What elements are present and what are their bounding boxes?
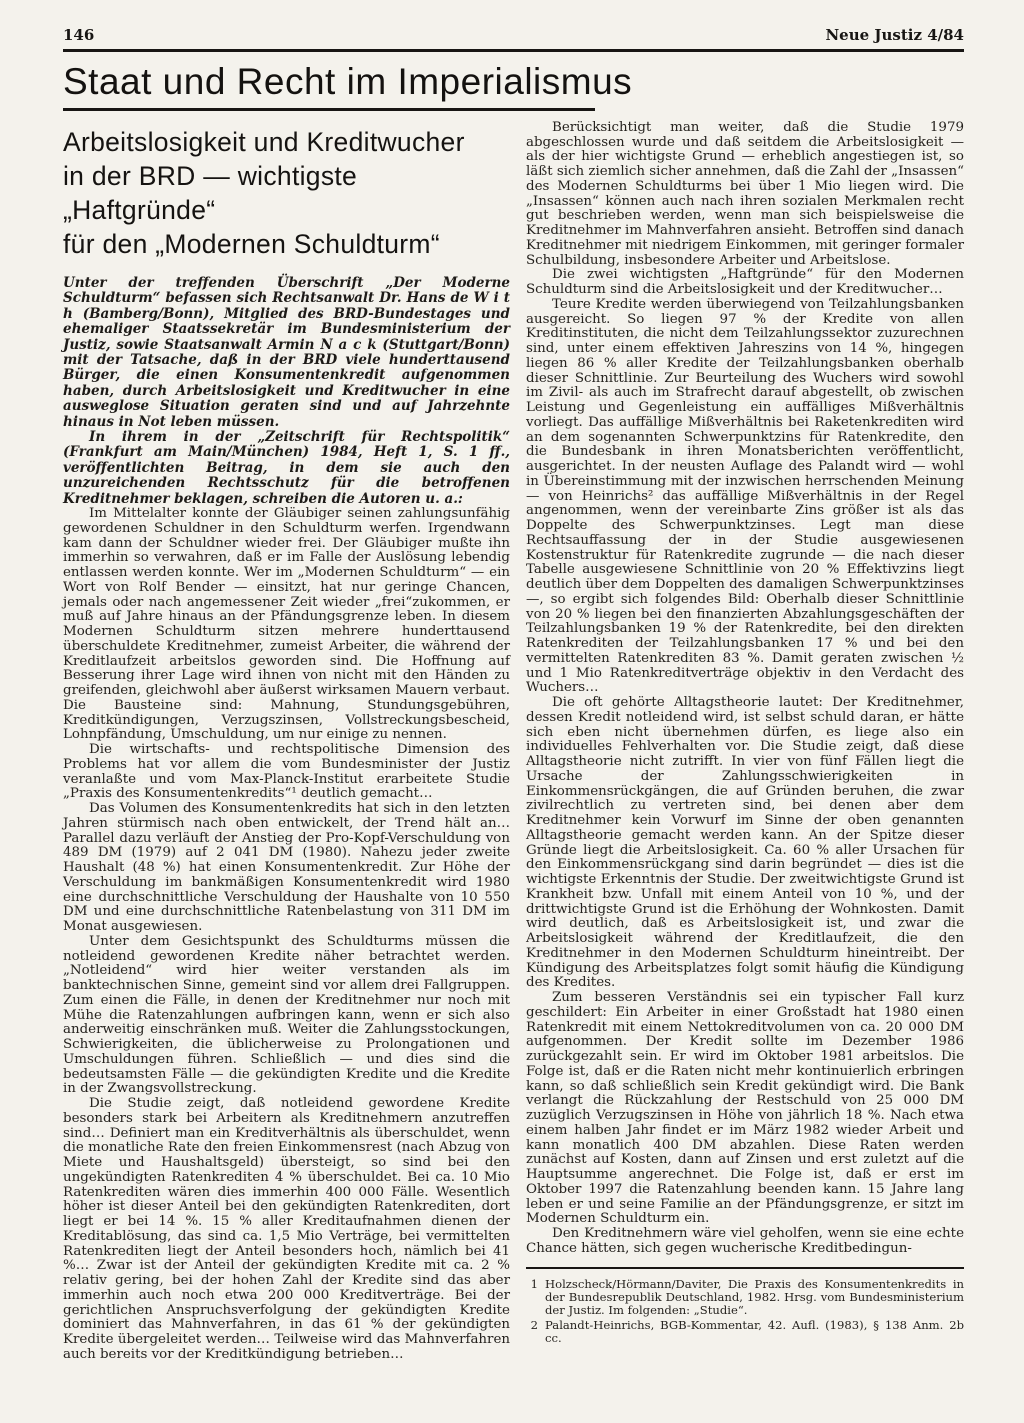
body-paragraph: Das Volumen des Konsumentenkredits hat s… (63, 802, 510, 935)
journal-title: Neue Justiz 4/84 (825, 26, 964, 44)
right-column-body: Berücksichtigt man weiter, daß die Studi… (526, 121, 964, 1257)
footnote-1: 1 Holzscheck/Hörmann/Daviter, Die Praxis… (526, 1278, 964, 1318)
footnote-rule (526, 1267, 964, 1269)
body-paragraph: Die zwei wichtigsten „Haftgründe“ für de… (526, 268, 964, 298)
article-title-line-1: Arbeitslosigkeit und Kreditwucher (63, 125, 510, 159)
footnote-text: Palandt-Heinrichs, BGB-Kommentar, 42. Au… (545, 1319, 964, 1346)
body-paragraph: Berücksichtigt man weiter, daß die Studi… (526, 121, 964, 269)
intro-paragraph: In ihrem in der „Zeitschrift für Rechtsp… (63, 430, 510, 507)
left-column: Arbeitslosigkeit und Kreditwucher in der… (63, 121, 510, 1363)
body-paragraph: Die wirtschafts- und rechtspolitische Di… (63, 743, 510, 802)
section-title: Staat und Recht im Imperialismus (63, 62, 964, 102)
right-column: Berücksichtigt man weiter, daß die Studi… (526, 121, 964, 1363)
body-paragraph: Teure Kredite werden überwiegend von Tei… (526, 298, 964, 696)
footnotes: 1 Holzscheck/Hörmann/Daviter, Die Praxis… (526, 1267, 964, 1345)
footnote-text: Holzscheck/Hörmann/Daviter, Die Praxis d… (545, 1278, 964, 1318)
body-paragraph: Unter dem Gesichtspunkt des Schuldturms … (63, 935, 510, 1097)
footnote-2: 2 Palandt-Heinrichs, BGB-Kommentar, 42. … (526, 1319, 964, 1346)
article-title: Arbeitslosigkeit und Kreditwucher in der… (63, 125, 510, 261)
footnote-number: 1 (526, 1278, 538, 1318)
page-header: 146 Neue Justiz 4/84 (63, 0, 964, 44)
article-intro: Unter der treffenden Überschrift „Der Mo… (63, 276, 510, 507)
intro-paragraph: Unter der treffenden Überschrift „Der Mo… (63, 276, 510, 430)
page-number: 146 (63, 26, 94, 44)
article-title-line-2: in der BRD — wichtigste „Haftgründe“ (63, 159, 510, 227)
section-title-rule (63, 108, 595, 111)
body-paragraph: Im Mittelalter konnte der Gläubiger sein… (63, 507, 510, 743)
body-paragraph: Zum besseren Verständnis sei ein typisch… (526, 991, 964, 1227)
journal-page: 146 Neue Justiz 4/84 Staat und Recht im … (0, 0, 1024, 1423)
article-title-line-3: für den „Modernen Schuldturm“ (63, 227, 510, 261)
body-paragraph: Den Kreditnehmern wäre viel geholfen, we… (526, 1227, 964, 1257)
body-paragraph: Die Studie zeigt, daß notleidend geworde… (63, 1097, 510, 1363)
body-paragraph: Die oft gehörte Alltagstheorie lautet: D… (526, 696, 964, 991)
header-rule (63, 49, 964, 52)
two-column-layout: Arbeitslosigkeit und Kreditwucher in der… (63, 121, 964, 1363)
left-column-body: Im Mittelalter konnte der Gläubiger sein… (63, 507, 510, 1363)
footnote-number: 2 (526, 1319, 538, 1346)
